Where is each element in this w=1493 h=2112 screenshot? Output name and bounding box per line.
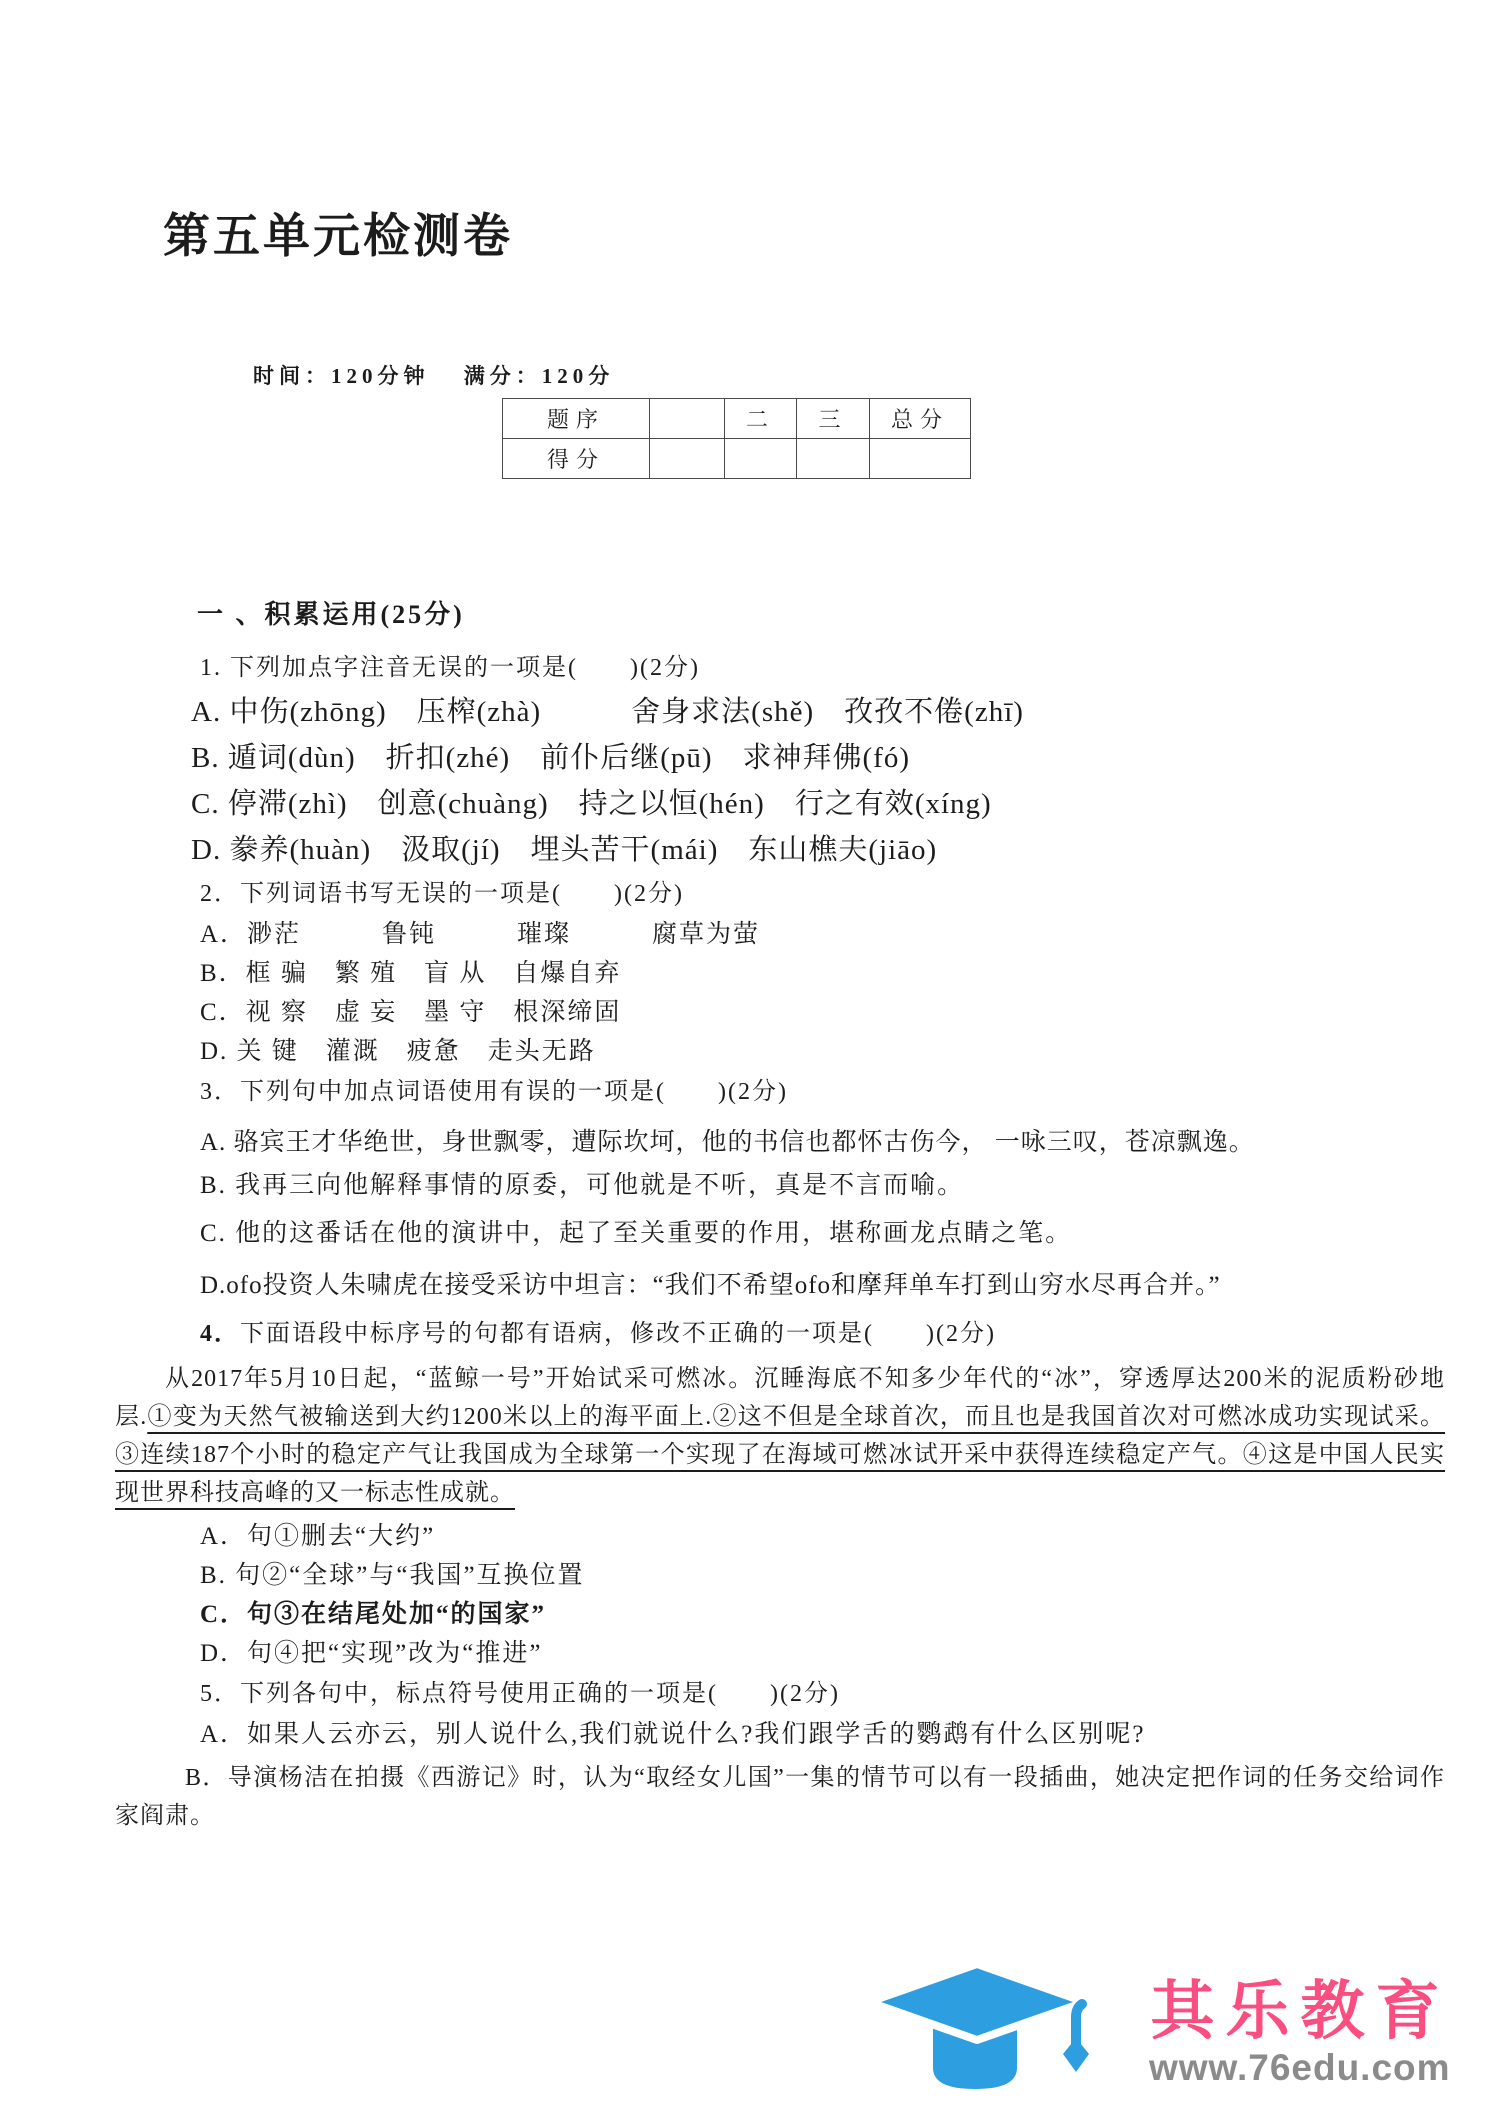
score-table-header-row: 题序 二 三 总分: [503, 399, 971, 439]
full-score-label: 满分：120分: [464, 364, 615, 388]
question-4-option-d: D．句④把“实现”改为“推进”: [115, 1639, 1445, 1669]
question-2-option-b: B．框 骗 繁 殖 盲 从 自爆自弃: [115, 959, 1445, 989]
score-cell: [725, 439, 797, 479]
exam-body: 一 、积累运用(25分) 1. 下列加点字注音无误的一项是( )(2分) A. …: [115, 598, 1445, 1839]
logo-text: 其乐教育 www.76edu.com: [1149, 1962, 1451, 2088]
question-3-stem: 3．下列句中加点词语使用有误的一项是( )(2分): [115, 1076, 1445, 1108]
exam-paper-page: 第五单元检测卷 时间：120分钟 满分：120分 题序 二 三 总分 得分 一 …: [0, 0, 1493, 2112]
passage-underlined-part: ①变为天然气被输送到大约1200米以上的海平面上.②这不但是全球首次，而且也是我…: [115, 1404, 1445, 1506]
question-4-option-b: B. 句②“全球”与“我国”互换位置: [115, 1561, 1445, 1591]
time-label: 时间：120分钟: [253, 364, 430, 388]
score-cell: [650, 439, 725, 479]
graduation-cap-icon: [865, 1962, 1141, 2102]
score-cell: [797, 439, 870, 479]
score-cell: 二: [725, 399, 797, 439]
question-3-option-d: D.ofo投资人朱啸虎在接受采访中坦言：“我们不希望ofo和摩拜单车打到山穷水尽…: [115, 1261, 1445, 1310]
question-2-stem: 2．下列词语书写无误的一项是( )(2分): [115, 878, 1445, 910]
question-1-stem: 1. 下列加点字注音无误的一项是( )(2分): [115, 652, 1445, 684]
section-heading: 一 、积累运用(25分): [115, 598, 1445, 632]
question-2-option-d: D. 关 键 灌溉 疲惫 走头无路: [115, 1037, 1445, 1067]
cap-tassel-bead: [1063, 2038, 1089, 2072]
exam-info: 时间：120分钟 满分：120分: [253, 360, 614, 390]
score-cell-label: 题序: [503, 399, 650, 439]
question-4-stem: 4．下面语段中标序号的句都有语病，修改不正确的一项是( )(2分): [115, 1318, 1445, 1350]
score-cell: [650, 399, 725, 439]
question-3-option-c: C. 他的这番话在他的演讲中，起了至关重要的作用，堪称画龙点睛之笔。: [115, 1219, 1445, 1249]
score-cell: [870, 439, 971, 479]
question-2-option-c: C．视 察 虚 妄 墨 守 根深缔固: [115, 998, 1445, 1028]
question-4-passage: 从2017年5月10日起，“蓝鲸一号”开始试采可燃冰。沉睡海底不知多少年代的“冰…: [115, 1360, 1445, 1512]
question-2-option-a: A．渺茫 鲁钝 璀璨 腐草为萤: [115, 920, 1445, 950]
cap-tassel-cord: [1076, 2004, 1082, 2044]
score-cell: 总分: [870, 399, 971, 439]
question-1-option-d: D. 豢养(huàn) 汲取(jí) 埋头苦干(mái) 东山樵夫(jiāo): [115, 832, 1445, 868]
brand-logo: 其乐教育 www.76edu.com: [865, 1962, 1451, 2102]
question-5-option-b: B．导演杨洁在拍摄《西游记》时，认为“取经女儿国”一集的情节可以有一段插曲，她决…: [115, 1759, 1445, 1835]
question-5-option-a: A．如果人云亦云，别人说什么,我们就说什么?我们跟学舌的鹦鹉有什么区别呢?: [115, 1720, 1445, 1750]
question-4-number: 4．: [200, 1321, 240, 1347]
question-3-option-b: B. 我再三向他解释事情的原委，可他就是不听，真是不言而喻。: [115, 1171, 1445, 1201]
question-4-option-c: C．句③在结尾处加“的国家”: [115, 1600, 1445, 1630]
question-4-option-a: A．句①删去“大约”: [115, 1522, 1445, 1552]
question-1-option-b: B. 遁词(dùn) 折扣(zhé) 前仆后继(pū) 求神拜佛(fó): [115, 740, 1445, 776]
score-table-score-row: 得分: [503, 439, 971, 479]
page-title: 第五单元检测卷: [163, 199, 513, 266]
question-1-option-a: A. 中伤(zhōng) 压榨(zhà) 舍身求法(shě) 孜孜不倦(zhī): [115, 694, 1445, 730]
question-4-stem-text: 下面语段中标序号的句都有语病，修改不正确的一项是( )(2分): [240, 1321, 996, 1347]
cap-board: [869, 1964, 1085, 2040]
brand-website: www.76edu.com: [1149, 2048, 1451, 2088]
score-cell-label: 得分: [503, 439, 650, 479]
score-cell: 三: [797, 399, 870, 439]
question-1-option-c: C. 停滞(zhì) 创意(chuàng) 持之以恒(hén) 行之有效(xín…: [115, 786, 1445, 822]
brand-name: 其乐教育: [1151, 1978, 1451, 2044]
question-3-option-a: A. 骆宾王才华绝世，身世飘零，遭际坎坷，他的书信也都怀古伤今， 一咏三叹，苍凉…: [115, 1118, 1445, 1167]
question-5-stem: 5．下列各句中，标点符号使用正确的一项是( )(2分): [115, 1678, 1445, 1710]
score-table: 题序 二 三 总分 得分: [502, 398, 971, 479]
